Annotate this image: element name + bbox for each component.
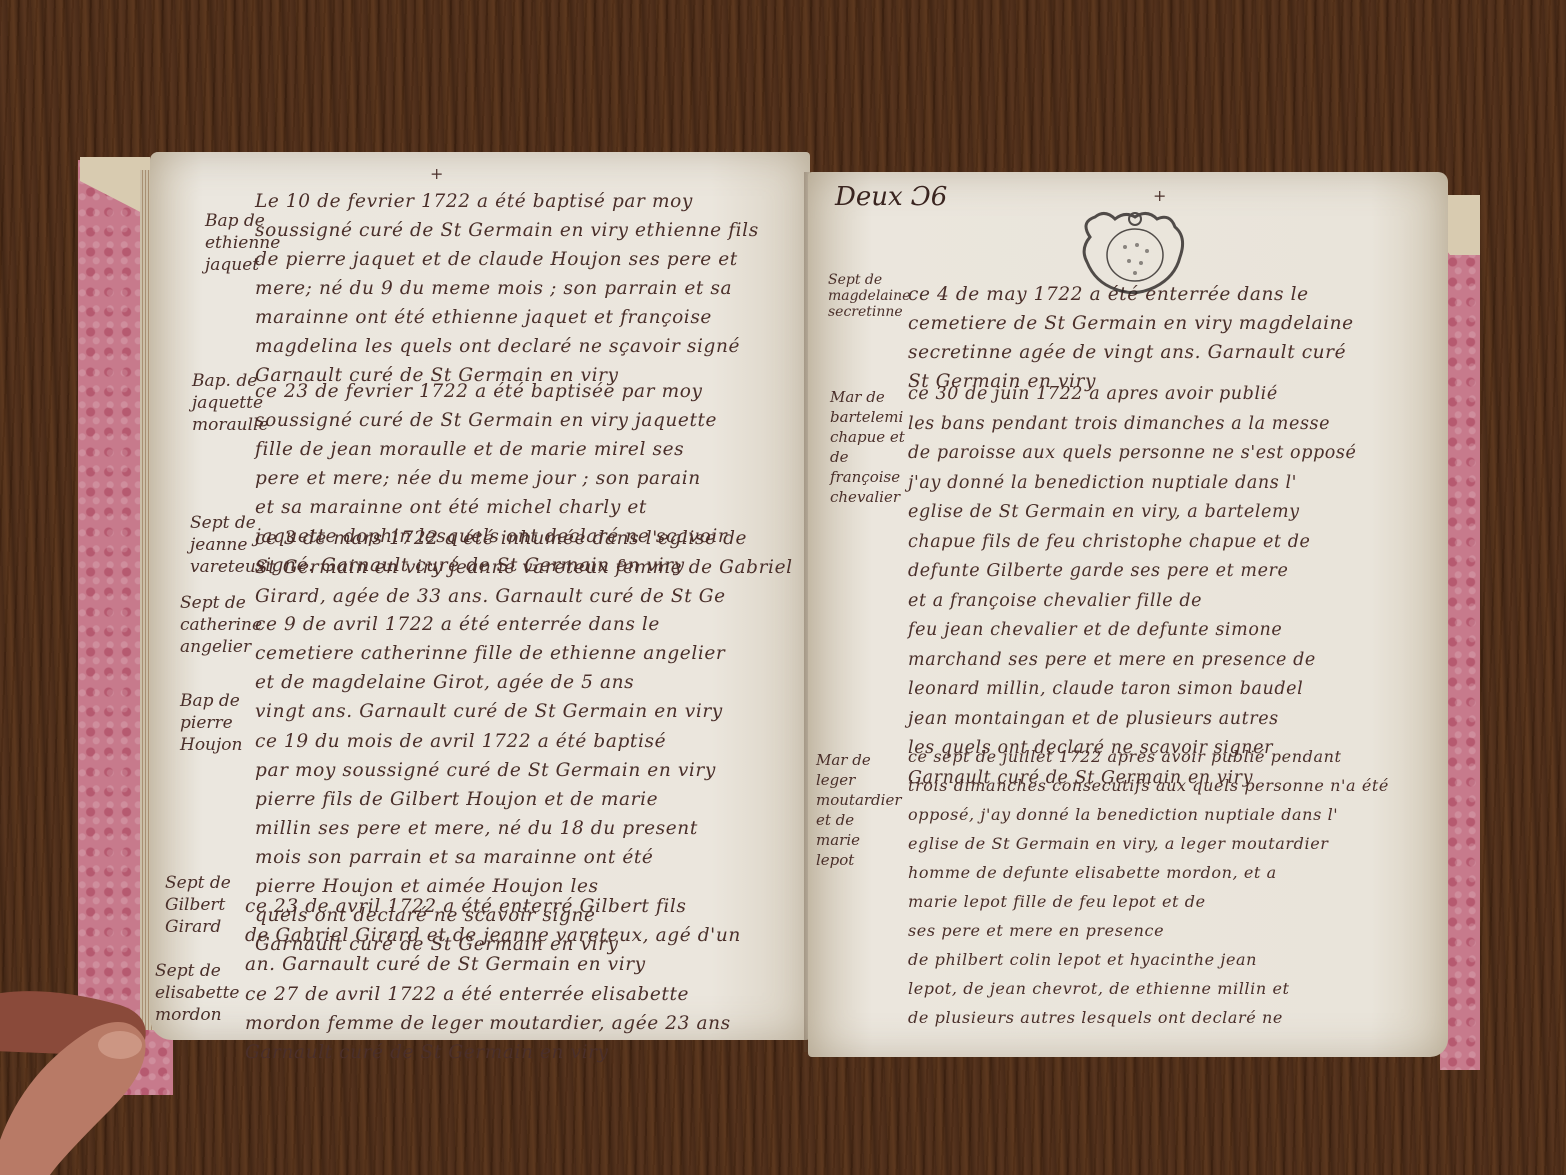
register-entry: Le 10 de fevrier 1722 a été baptisé par …: [255, 187, 795, 390]
register-entry: ce 27 de avril 1722 a été enterrée elisa…: [245, 980, 795, 1067]
margin-note: Mar de bartelemi chapue et de françoise …: [830, 387, 912, 507]
register-entry: ce 3 de mars 1722 a été inhumée dans l'e…: [255, 524, 795, 611]
cross-mark: +: [430, 164, 443, 183]
margin-note: Sept de elisabette mordon: [155, 960, 237, 1026]
register-entry: ce 4 de may 1722 a été enterrée dans le …: [908, 280, 1428, 396]
register-entry: ce 30 de juin 1722 a apres avoir publié …: [908, 380, 1428, 793]
margin-note: Sept de catherine angelier: [180, 592, 262, 658]
register-entry: ce sept de juillet 1722 apres avoir publ…: [908, 742, 1438, 1032]
cross-mark: +: [1153, 186, 1166, 205]
margin-note: Bap de pierre Houjon: [180, 690, 262, 756]
left-page: + Bap de ethienne jaquet Le 10 de fevrie…: [150, 152, 810, 1040]
register-entry: ce 23 de avril 1722 a été enterré Gilber…: [245, 892, 795, 979]
register-entry: ce 9 de avril 1722 a été enterrée dans l…: [255, 610, 795, 726]
margin-note: Mar de leger moutardier et de marie lepo…: [816, 750, 898, 870]
coat-of-arms-stamp-icon: [1075, 207, 1193, 297]
right-page: + Sept de magdelaine secretinne ce 4 de …: [808, 172, 1448, 1057]
margin-note: Sept de Gilbert Girard: [165, 872, 247, 938]
margin-note: Sept de magdelaine secretinne: [828, 272, 910, 320]
register-folio-mark: Deux Ɔ6: [835, 182, 947, 212]
hand-holding-page: [0, 960, 160, 1175]
